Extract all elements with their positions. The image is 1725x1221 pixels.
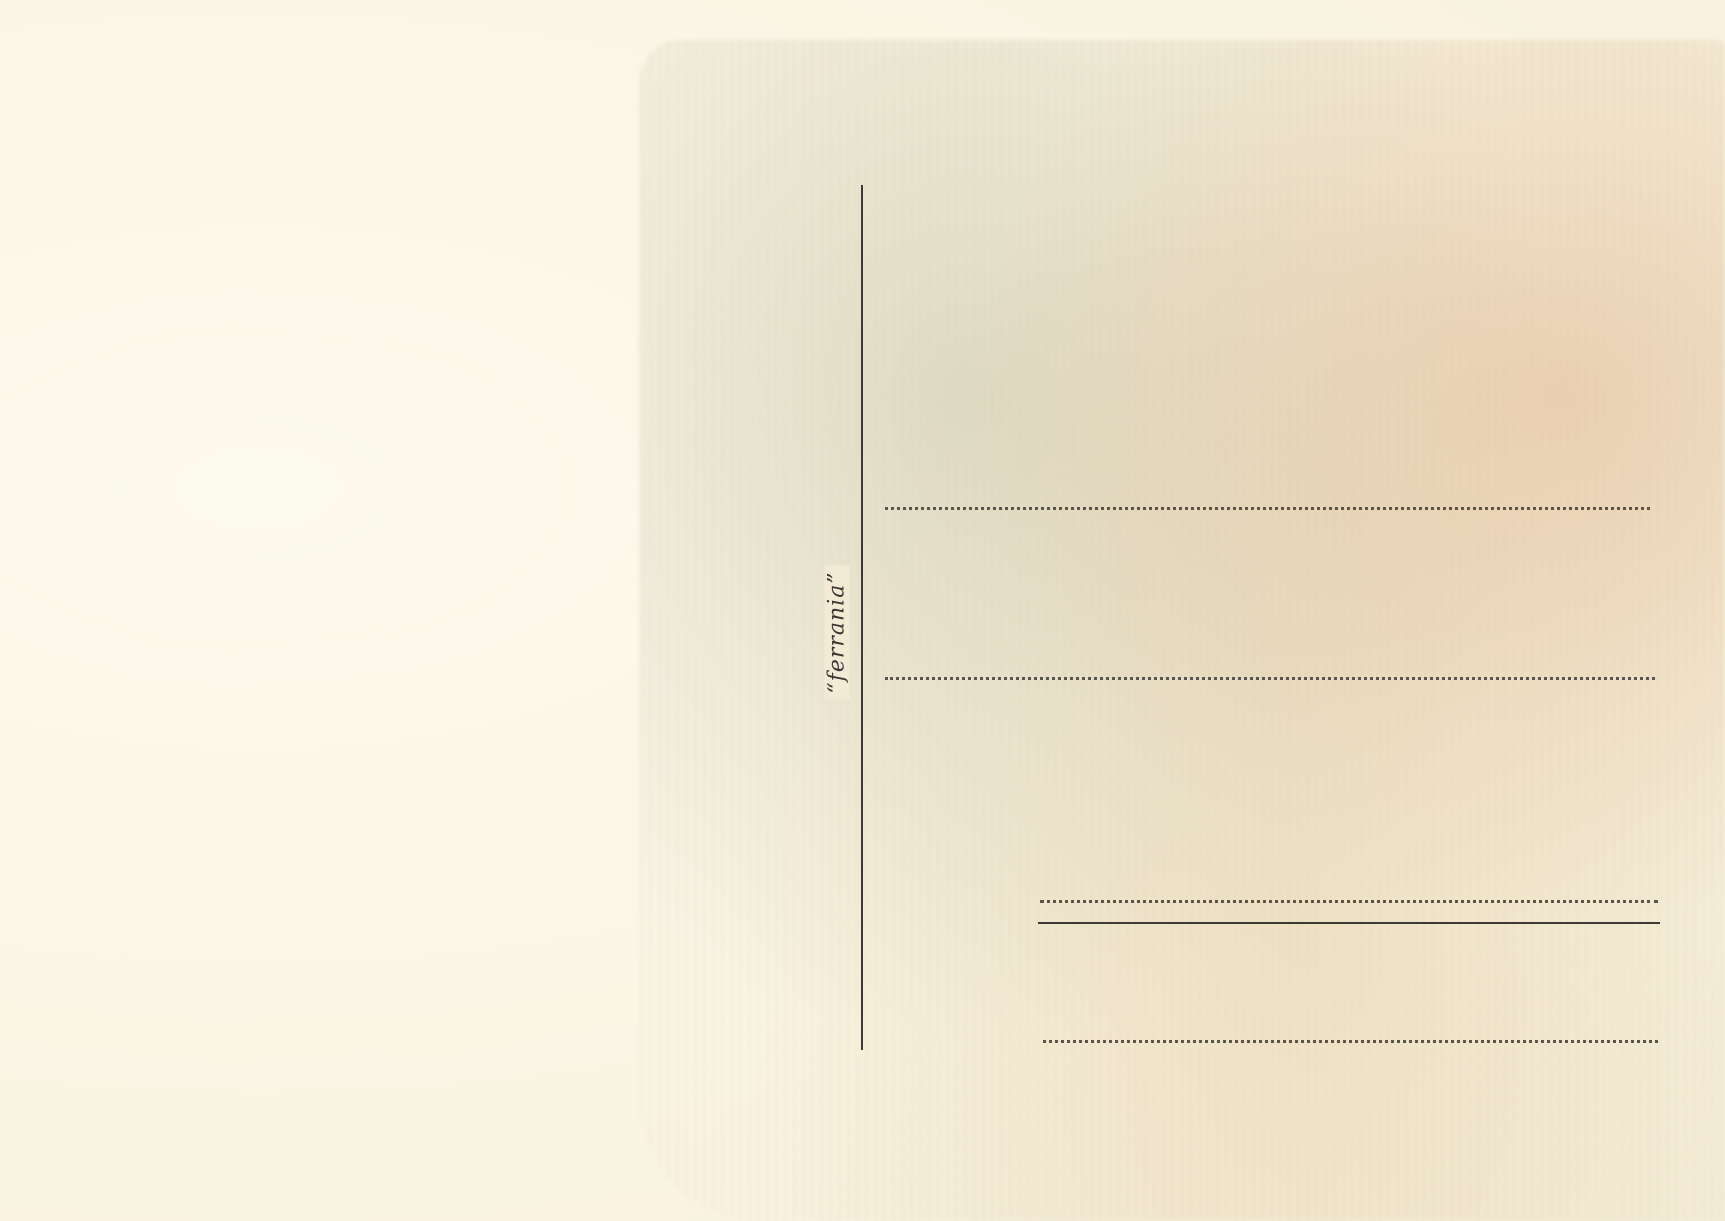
postcard-back: “ferrania” bbox=[0, 0, 1725, 1221]
address-underline bbox=[1038, 922, 1660, 924]
brand-text: “ferrania” bbox=[825, 565, 850, 699]
address-line-2 bbox=[885, 677, 1655, 680]
water-stain bbox=[640, 40, 1725, 1221]
address-line-1 bbox=[885, 507, 1650, 510]
address-line-4 bbox=[1043, 1040, 1658, 1043]
divider-line bbox=[861, 185, 863, 1050]
brand-label: “ferrania” bbox=[820, 540, 880, 560]
address-line-3 bbox=[1040, 900, 1658, 903]
